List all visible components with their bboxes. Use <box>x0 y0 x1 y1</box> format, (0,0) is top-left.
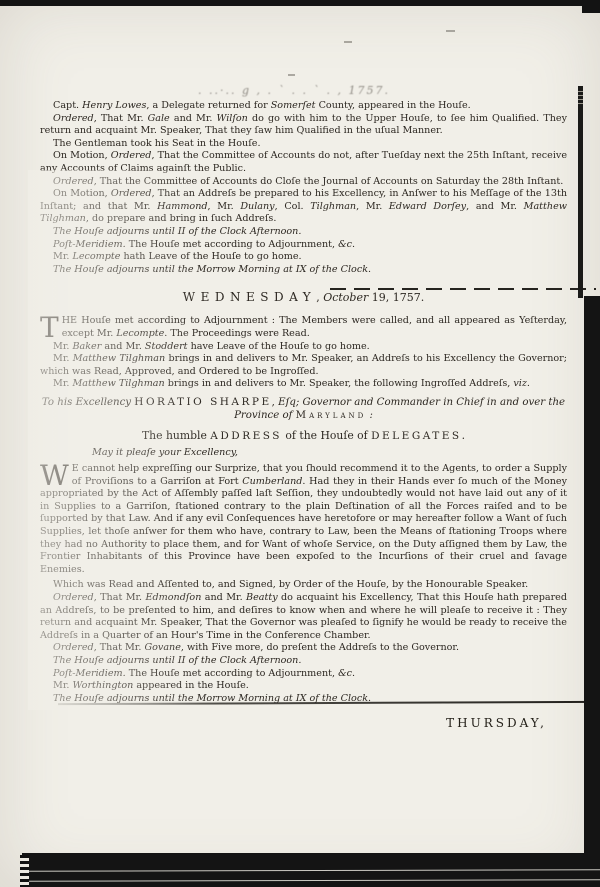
paragraph: The Houſe adjourns until II of the Clock… <box>40 655 567 668</box>
text-run: Which was Read and Aſſented to, and Sign… <box>53 579 528 590</box>
text-run: Matthew Tilghman <box>73 353 165 364</box>
scan-speck <box>344 41 352 43</box>
text-run: Somerſet <box>271 100 316 111</box>
page-text-block: Capt. Henry Lowes, a Delegate returned f… <box>40 100 567 705</box>
paragraph: The Gentleman took his Seat in the Houſe… <box>40 138 567 151</box>
text-run: Mr. <box>53 680 72 691</box>
scanned-journal-page: . ..·.. g , . ` . . ` . , 1757. Capt. He… <box>0 0 600 887</box>
paragraph: Which was Read and Aſſented to, and Sign… <box>40 579 567 592</box>
text-run: Poſt-Meridiem. <box>53 239 126 250</box>
text-run: Hammond <box>157 201 207 212</box>
text-run: The Gentleman took his Seat in the Houſe… <box>53 138 261 149</box>
scan-edge-top-corner <box>582 0 600 13</box>
text-run: Eſq; Governor and Commander in Chief in … <box>234 397 565 422</box>
catchword: THURSDAY, <box>0 716 547 730</box>
text-run: Mr. <box>53 378 72 389</box>
paragraph: The Houſe adjourns until II of the Clock… <box>40 226 567 239</box>
text-run: Ordered <box>53 176 94 187</box>
text-run: . The Proceedings were Read. <box>164 328 309 339</box>
text-run: &c. <box>338 668 355 679</box>
drop-cap: T <box>40 315 62 340</box>
text-run: viz. <box>513 378 530 389</box>
text-run: Mr. <box>53 341 72 352</box>
text-run: Poſt-Meridiem. <box>53 668 126 679</box>
text-run: HORATIO SHARPE <box>134 396 271 408</box>
text-run: , That Mr. <box>94 113 148 124</box>
text-run: , do prepare and bring in ſuch Addreſs. <box>86 213 277 224</box>
text-run: The humble <box>142 429 210 442</box>
text-run: and Mr. <box>101 341 145 352</box>
text-run: The Houſe adjourns until II of the Clock… <box>53 655 301 666</box>
scan-speck <box>288 74 295 76</box>
text-run: Ordered <box>111 188 152 199</box>
paragraph: To his Excellency HORATIO SHARPE, Eſq; G… <box>40 396 567 423</box>
paragraph: Mr. Matthew Tilghman brings in and deliv… <box>40 353 567 378</box>
text-run: Mr. <box>53 353 73 364</box>
section-divider-rule <box>330 288 596 290</box>
text-run: The Houſe met according to Adjournment, <box>126 668 338 679</box>
text-run: The Houſe adjourns until II of the Clock… <box>53 226 301 237</box>
text-run: Wilſon <box>217 113 248 124</box>
text-run: Mr. <box>53 251 72 262</box>
scan-speck <box>446 30 455 32</box>
text-run: 19, 1757. <box>368 291 424 304</box>
text-run: Beatty <box>246 592 278 603</box>
text-run: Ordered <box>53 113 94 124</box>
text-run: : <box>366 410 373 421</box>
text-run: WEDNESDAY <box>183 290 316 304</box>
text-run: of the Houſe of <box>282 429 371 442</box>
scan-comb-marks <box>20 855 29 887</box>
text-run: ADDRESS <box>210 430 282 442</box>
text-run: , Mr. <box>208 201 241 212</box>
text-run: The Houſe adjourns until the Morrow Morn… <box>53 264 371 275</box>
text-run: DELEGATES <box>371 430 461 442</box>
paragraph: The Houſe adjourns until the Morrow Morn… <box>40 264 567 277</box>
text-run: Ordered <box>53 592 94 603</box>
paragraph: Capt. Henry Lowes, a Delegate returned f… <box>40 100 567 113</box>
text-run: , and Mr. <box>466 201 524 212</box>
text-run: , That Mr. <box>94 642 145 653</box>
text-run: &c. <box>338 239 355 250</box>
text-run: , with Five more, do preſent the Addreſs… <box>181 642 459 653</box>
paragraph: Poſt-Meridiem. The Houſe met according t… <box>40 668 567 681</box>
text-run: Worthington <box>72 680 133 691</box>
paragraph: Ordered, That the Committee of Accounts … <box>40 176 567 189</box>
paragraph: Mr. Lecompte hath Leave of the Houſe to … <box>40 251 567 264</box>
scan-edge-right-wide <box>584 296 600 887</box>
drop-cap: W <box>40 463 72 488</box>
text-run: , That Mr. <box>94 592 146 603</box>
text-run: The Houſe met according to Adjournment, <box>126 239 338 250</box>
paragraph: On Motion, Ordered, That the Committee o… <box>40 150 567 175</box>
section-wednesday-october-19-1757: WEDNESDAY, October 19, 1757.THE Houſe me… <box>40 289 567 705</box>
text-run: . Had they in their Hands ever ſo much o… <box>40 476 567 575</box>
text-run: have Leave of the Houſe to go home. <box>188 341 370 352</box>
scan-edge-top <box>0 0 600 6</box>
text-run: hath Leave of the Houſe to go home. <box>120 251 301 262</box>
text-run: and Mr. <box>170 113 217 124</box>
running-head: . ..·.. g , . ` . . ` . , 1757. <box>198 84 528 97</box>
text-run: Lecompte <box>116 328 164 339</box>
film-notch-marks <box>578 88 583 106</box>
paragraph: Ordered, That Mr. Gale and Mr. Wilſon do… <box>40 113 567 138</box>
text-run: October <box>323 291 368 304</box>
text-run: Lecompte <box>72 251 120 262</box>
paragraph: The humble ADDRESS of the Houſe of DELEG… <box>40 430 567 443</box>
text-run: , a Delegate returned for <box>146 100 270 111</box>
text-run: , Mr. <box>356 201 389 212</box>
text-run: Govane <box>144 642 180 653</box>
text-run: brings in and delivers to Mr. Speaker, t… <box>165 378 514 389</box>
text-run: Ordered <box>53 642 94 653</box>
paragraph: May it pleaſe your Excellency, <box>92 447 567 460</box>
text-run: Edmondſon <box>146 592 202 603</box>
text-run: On Motion, <box>53 188 111 199</box>
text-run: Gale <box>148 113 170 124</box>
text-run: Capt. <box>53 100 82 111</box>
paragraph: Ordered, That Mr. Govane, with Five more… <box>40 642 567 655</box>
paragraph: On Motion, Ordered, That an Addreſs be p… <box>40 188 567 226</box>
text-run: , Col. <box>275 201 311 212</box>
text-run: Tilghman <box>310 201 356 212</box>
text-run: To his Excellency <box>42 397 134 408</box>
section-tuesday-continuation: Capt. Henry Lowes, a Delegate returned f… <box>40 100 567 276</box>
text-run: , That the Committee of Accounts do Cloſ… <box>94 176 564 187</box>
scan-edge-right-thin <box>578 86 583 298</box>
text-run: Matthew Tilghman <box>72 378 164 389</box>
paragraph: WE cannot help expreſſing our Surprize, … <box>40 463 567 576</box>
text-run: . <box>462 429 465 442</box>
text-run: appeared in the Houſe. <box>133 680 249 691</box>
text-run: Maryland <box>296 410 367 421</box>
text-run: May it pleaſe your Excellency, <box>92 447 238 458</box>
text-run: Cumberland <box>242 476 302 487</box>
section-heading: WEDNESDAY, October 19, 1757. <box>40 289 567 306</box>
paragraph: Mr. Worthington appeared in the Houſe. <box>40 680 567 693</box>
text-run: Dulany <box>240 201 274 212</box>
paragraph: Mr. Matthew Tilghman brings in and deliv… <box>40 378 567 391</box>
text-run: Henry Lowes <box>82 100 146 111</box>
paragraph: THE Houſe met according to Adjournment :… <box>40 315 567 340</box>
text-run: and Mr. <box>201 592 246 603</box>
paragraph: Mr. Baker and Mr. Stoddert have Leave of… <box>40 341 567 354</box>
text-run: Stoddert <box>145 341 188 352</box>
paragraph: Poſt-Meridiem. The Houſe met according t… <box>40 239 567 252</box>
text-run: County, appeared in the Houſe. <box>316 100 471 111</box>
text-run: On Motion, <box>53 150 111 161</box>
text-run: Baker <box>72 341 101 352</box>
text-run: Ordered <box>111 150 152 161</box>
paragraph: Ordered, That Mr. Edmondſon and Mr. Beat… <box>40 592 567 642</box>
text-run: Edward Dorſey <box>389 201 466 212</box>
